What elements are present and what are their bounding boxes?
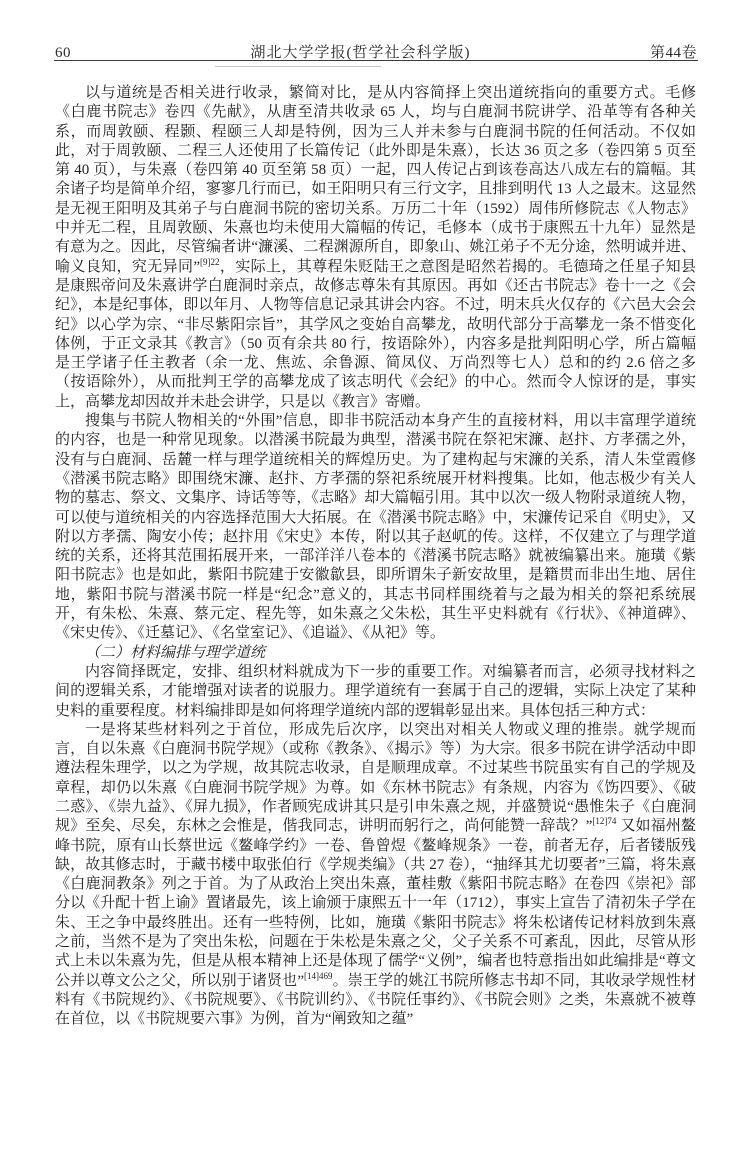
paragraph-3: 内容简择既定，安排、组织材料就成为下一步的重要工作。对编纂者而言，必须寻找材料之… [55, 663, 696, 721]
text-run: 内容简择既定，安排、组织材料就成为下一步的重要工作。对编纂者而言，必须寻找材料之… [55, 664, 696, 719]
journal-title: 湖北大学学报(哲学社会科学版) [250, 41, 470, 62]
citation-ref: [9]22 [200, 257, 220, 267]
header-rule-artifact [215, 66, 381, 67]
paragraph-2: 搜集与书院人物相关的“外围”信息，即非书院活动本身产生的直接材料，用以丰富理学道… [55, 412, 696, 644]
text-run: 又如福州鳌峰书院，原有山长蔡世远《鳌峰学约》一卷、鲁曾煜《鳌峰规条》一卷，前者无… [55, 818, 696, 988]
header-rule [54, 60, 698, 61]
citation-ref: [14]469 [304, 971, 333, 981]
subsection-heading: （二）材料编排与理学道统 [55, 644, 696, 663]
text-run: 搜集与书院人物相关的“外围”信息，即非书院活动本身产生的直接材料，用以丰富理学道… [55, 413, 696, 641]
text-run: 以与道统是否相关进行收录，繁简对比，是从内容简择上突出道统指向的重要方式。毛修《… [55, 85, 696, 275]
paragraph-4: 一是将某些材料列之于首位，形成先后次序，以突出对相关人物或义理的推崇。就学规而言… [55, 721, 696, 1030]
journal-page: 60 湖北大学学报(哲学社会科学版) 第44卷 以与道统是否相关进行收录，繁简对… [0, 0, 750, 1173]
article-body: 以与道统是否相关进行收录，繁简对比，是从内容简择上突出道统指向的重要方式。毛修《… [55, 84, 696, 1030]
volume-label: 第44卷 [650, 41, 697, 62]
paragraph-1: 以与道统是否相关进行收录，繁简对比，是从内容简择上突出道统指向的重要方式。毛修《… [55, 84, 696, 412]
citation-ref: [12]74 [592, 816, 616, 826]
page-header: 60 湖北大学学报(哲学社会科学版) 第44卷 [55, 41, 697, 62]
text-run: ，实际上，其尊程朱贬陆王之意图是昭然若揭的。毛德琦之任星子知县是康熙帝问及朱熹讲… [55, 259, 696, 410]
